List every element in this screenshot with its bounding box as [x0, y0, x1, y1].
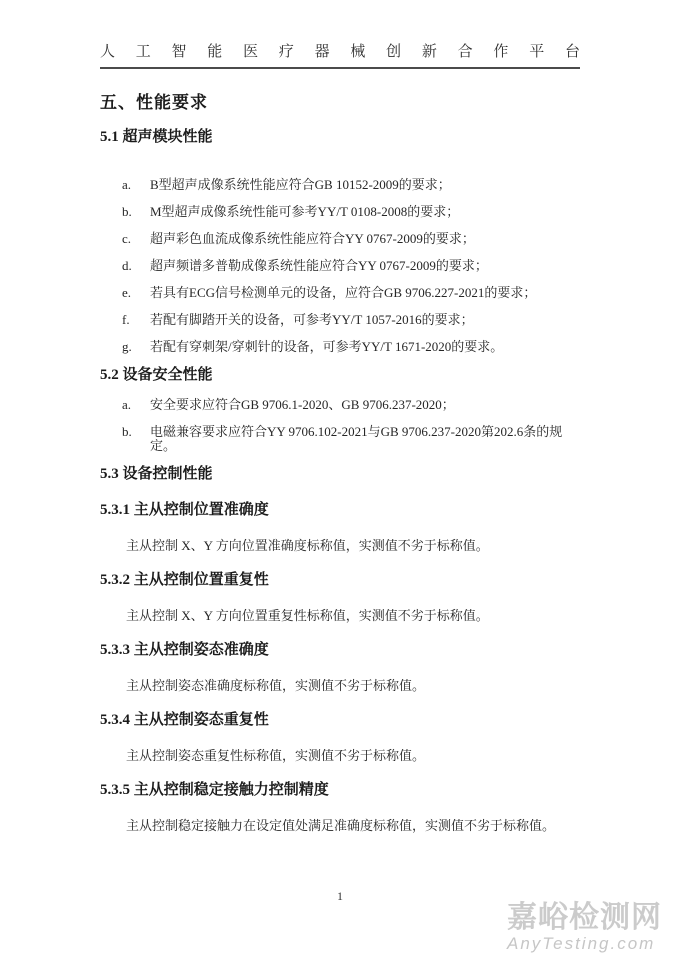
item-marker: a. — [122, 398, 131, 412]
subsection-5-3-5-title: 5.3.5 主从控制稳定接触力控制精度 — [100, 782, 580, 799]
subsection-5-3-5-body: 主从控制稳定接触力在设定值处满足准确度标称值，实测值不劣于标称值。 — [100, 819, 580, 833]
item-text: 若配有穿刺架/穿刺针的设备，可参考YY/T 1671-2020的要求。 — [150, 339, 503, 354]
list-item: f.若配有脚踏开关的设备，可参考YY/T 1057-2016的要求； — [100, 313, 580, 327]
list-item: b.电磁兼容要求应符合YY 9706.102-2021与GB 9706.237-… — [100, 425, 580, 453]
subsection-5-3-1-title: 5.3.1 主从控制位置准确度 — [100, 502, 580, 519]
item-text: 超声彩色血流成像系统性能应符合YY 0767-2009的要求； — [150, 231, 475, 246]
subsection-5-3-2-body: 主从控制 X、Y 方向位置重复性标称值，实测值不劣于标称值。 — [100, 609, 580, 623]
item-marker: b. — [122, 425, 132, 439]
section-5-3-title: 5.3 设备控制性能 — [100, 466, 580, 483]
item-marker: d. — [122, 259, 132, 273]
item-text: 电磁兼容要求应符合YY 9706.102-2021与GB 9706.237-20… — [150, 424, 562, 453]
list-item: a.B型超声成像系统性能应符合GB 10152-2009的要求； — [100, 178, 580, 192]
subsection-5-3-1-body: 主从控制 X、Y 方向位置准确度标称值，实测值不劣于标称值。 — [100, 539, 580, 553]
doc-title: 五、性能要求 — [100, 93, 580, 113]
list-item: e.若具有ECG信号检测单元的设备，应符合GB 9706.227-2021的要求… — [100, 286, 580, 300]
document-page: 人工智能医疗器械创新合作平台 五、性能要求 5.1 超声模块性能 a.B型超声成… — [0, 0, 680, 961]
item-text: 若具有ECG信号检测单元的设备，应符合GB 9706.227-2021的要求； — [150, 285, 536, 300]
item-text: 超声频谱多普勒成像系统性能应符合YY 0767-2009的要求； — [150, 258, 488, 273]
subsection-5-3-4-body: 主从控制姿态重复性标称值，实测值不劣于标称值。 — [100, 749, 580, 763]
header-title: 人工智能医疗器械创新合作平台 — [100, 44, 580, 60]
watermark-en-text: AnyTesting.com — [507, 934, 662, 953]
item-text: 安全要求应符合GB 9706.1-2020、GB 9706.237-2020； — [150, 397, 455, 412]
item-text: 若配有脚踏开关的设备，可参考YY/T 1057-2016的要求； — [150, 312, 474, 327]
subsection-5-3-2-title: 5.3.2 主从控制位置重复性 — [100, 572, 580, 589]
section-5-1-list: a.B型超声成像系统性能应符合GB 10152-2009的要求； b.M型超声成… — [100, 178, 580, 354]
list-item: g.若配有穿刺架/穿刺针的设备，可参考YY/T 1671-2020的要求。 — [100, 340, 580, 354]
list-item: d.超声频谱多普勒成像系统性能应符合YY 0767-2009的要求； — [100, 259, 580, 273]
subsection-5-3-4-title: 5.3.4 主从控制姿态重复性 — [100, 712, 580, 729]
section-5-2-list: a.安全要求应符合GB 9706.1-2020、GB 9706.237-2020… — [100, 398, 580, 453]
item-text: M型超声成像系统性能可参考YY/T 0108-2008的要求； — [150, 204, 459, 219]
list-item: b.M型超声成像系统性能可参考YY/T 0108-2008的要求； — [100, 205, 580, 219]
list-item: a.安全要求应符合GB 9706.1-2020、GB 9706.237-2020… — [100, 398, 580, 412]
item-marker: c. — [122, 232, 131, 246]
item-marker: a. — [122, 178, 131, 192]
item-marker: e. — [122, 286, 131, 300]
item-text: B型超声成像系统性能应符合GB 10152-2009的要求； — [150, 177, 451, 192]
subsection-5-3-3-body: 主从控制姿态准确度标称值，实测值不劣于标称值。 — [100, 679, 580, 693]
subsection-5-3-3-title: 5.3.3 主从控制姿态准确度 — [100, 642, 580, 659]
item-marker: b. — [122, 205, 132, 219]
section-5-1-title: 5.1 超声模块性能 — [100, 129, 580, 146]
page-header: 人工智能医疗器械创新合作平台 — [100, 44, 580, 69]
list-item: c.超声彩色血流成像系统性能应符合YY 0767-2009的要求； — [100, 232, 580, 246]
document-body: 五、性能要求 5.1 超声模块性能 a.B型超声成像系统性能应符合GB 1015… — [100, 88, 580, 833]
section-5-2-title: 5.2 设备安全性能 — [100, 367, 580, 384]
item-marker: g. — [122, 340, 132, 354]
watermark-cn-text: 嘉峪检测网 — [507, 902, 662, 934]
item-marker: f. — [122, 313, 130, 327]
watermark: 嘉峪检测网 AnyTesting.com — [507, 902, 662, 953]
